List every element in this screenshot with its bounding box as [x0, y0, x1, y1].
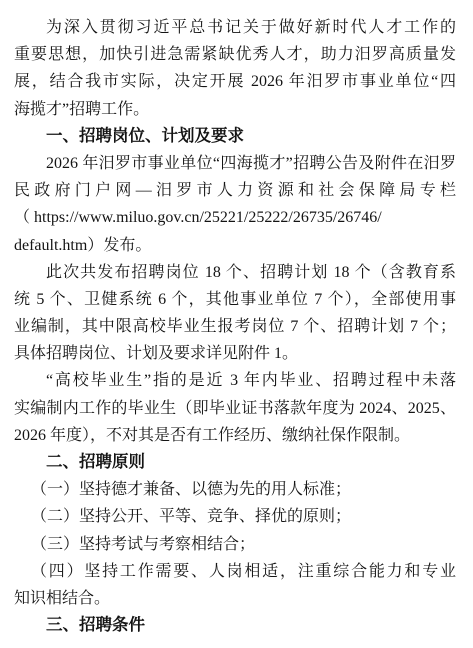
positions-count-paragraph: 此次共发布招聘岗位 18 个、招聘计划 18 个（含教育系 统 5 个、卫健系统… — [14, 259, 456, 368]
intro-line-1: 为深入贯彻习近平总书记关于做好新时代人才工作的 — [14, 14, 456, 41]
heading-section-3: 三、招聘条件 — [14, 612, 456, 639]
heading-section-2: 二、招聘原则 — [14, 449, 456, 476]
graduate-line-3: 2026 年度），不对其是否有工作经历、缴纳社保作限制。 — [14, 422, 456, 449]
positions-line-3: 业编制，其中限高校毕业生报考岗位 7 个、招聘计划 7 个； — [14, 313, 456, 340]
intro-paragraph: 为深入贯彻习近平总书记关于做好新时代人才工作的 重要思想，加快引进急需紧缺优秀人… — [14, 14, 456, 123]
publish-line-2: 民政府门户网—汨罗市人力资源和社会保障局专栏 — [14, 177, 456, 204]
principle-item-4: （四）坚持工作需要、人岗相适，注重综合能力和专业 知识相结合。 — [14, 558, 456, 612]
intro-line-4: 海揽才”招聘工作。 — [14, 96, 456, 123]
announcement-url-line: （ https://www.miluo.gov.cn/25221/25222/2… — [14, 204, 456, 231]
principle-item-3: （三）坚持考试与考察相结合； — [14, 531, 456, 558]
positions-line-4: 具体招聘岗位、计划及要求详见附件 1。 — [14, 340, 456, 367]
principle-item-4-line-2: 知识相结合。 — [14, 585, 456, 612]
announcement-publish-paragraph: 2026 年汨罗市事业单位“四海揽才”招聘公告及附件在汨罗市人 民政府门户网—汨… — [14, 150, 456, 259]
intro-line-2: 重要思想，加快引进急需紧缺优秀人才，助力汨罗高质量发 — [14, 41, 456, 68]
graduate-definition-paragraph: “高校毕业生”指的是近 3 年内毕业、招聘过程中未落 实编制内工作的毕业生（即毕… — [14, 367, 456, 449]
heading-section-1: 一、招聘岗位、计划及要求 — [14, 123, 456, 150]
principle-item-2: （二）坚持公开、平等、竞争、择优的原则； — [14, 503, 456, 530]
graduate-line-1: “高校毕业生”指的是近 3 年内毕业、招聘过程中未落 — [14, 367, 456, 394]
document-page: 为深入贯彻习近平总书记关于做好新时代人才工作的 重要思想，加快引进急需紧缺优秀人… — [0, 0, 473, 648]
positions-line-2: 统 5 个、卫健系统 6 个，其他事业单位 7 个），全部使用事 — [14, 286, 456, 313]
positions-line-1: 此次共发布招聘岗位 18 个、招聘计划 18 个（含教育系 — [14, 259, 456, 286]
intro-line-3: 展，结合我市实际，决定开展 2026 年汨罗市事业单位“四 — [14, 68, 456, 95]
principle-item-1: （一）坚持德才兼备、以德为先的用人标准； — [14, 476, 456, 503]
publish-line-1: 2026 年汨罗市事业单位“四海揽才”招聘公告及附件在汨罗市人 — [14, 150, 456, 177]
graduate-line-2: 实编制内工作的毕业生（即毕业证书落款年度为 2024、2025、 — [14, 395, 456, 422]
principle-item-4-line-1: （四）坚持工作需要、人岗相适，注重综合能力和专业 — [14, 558, 456, 585]
publish-line-4: default.htm）发布。 — [14, 232, 456, 259]
